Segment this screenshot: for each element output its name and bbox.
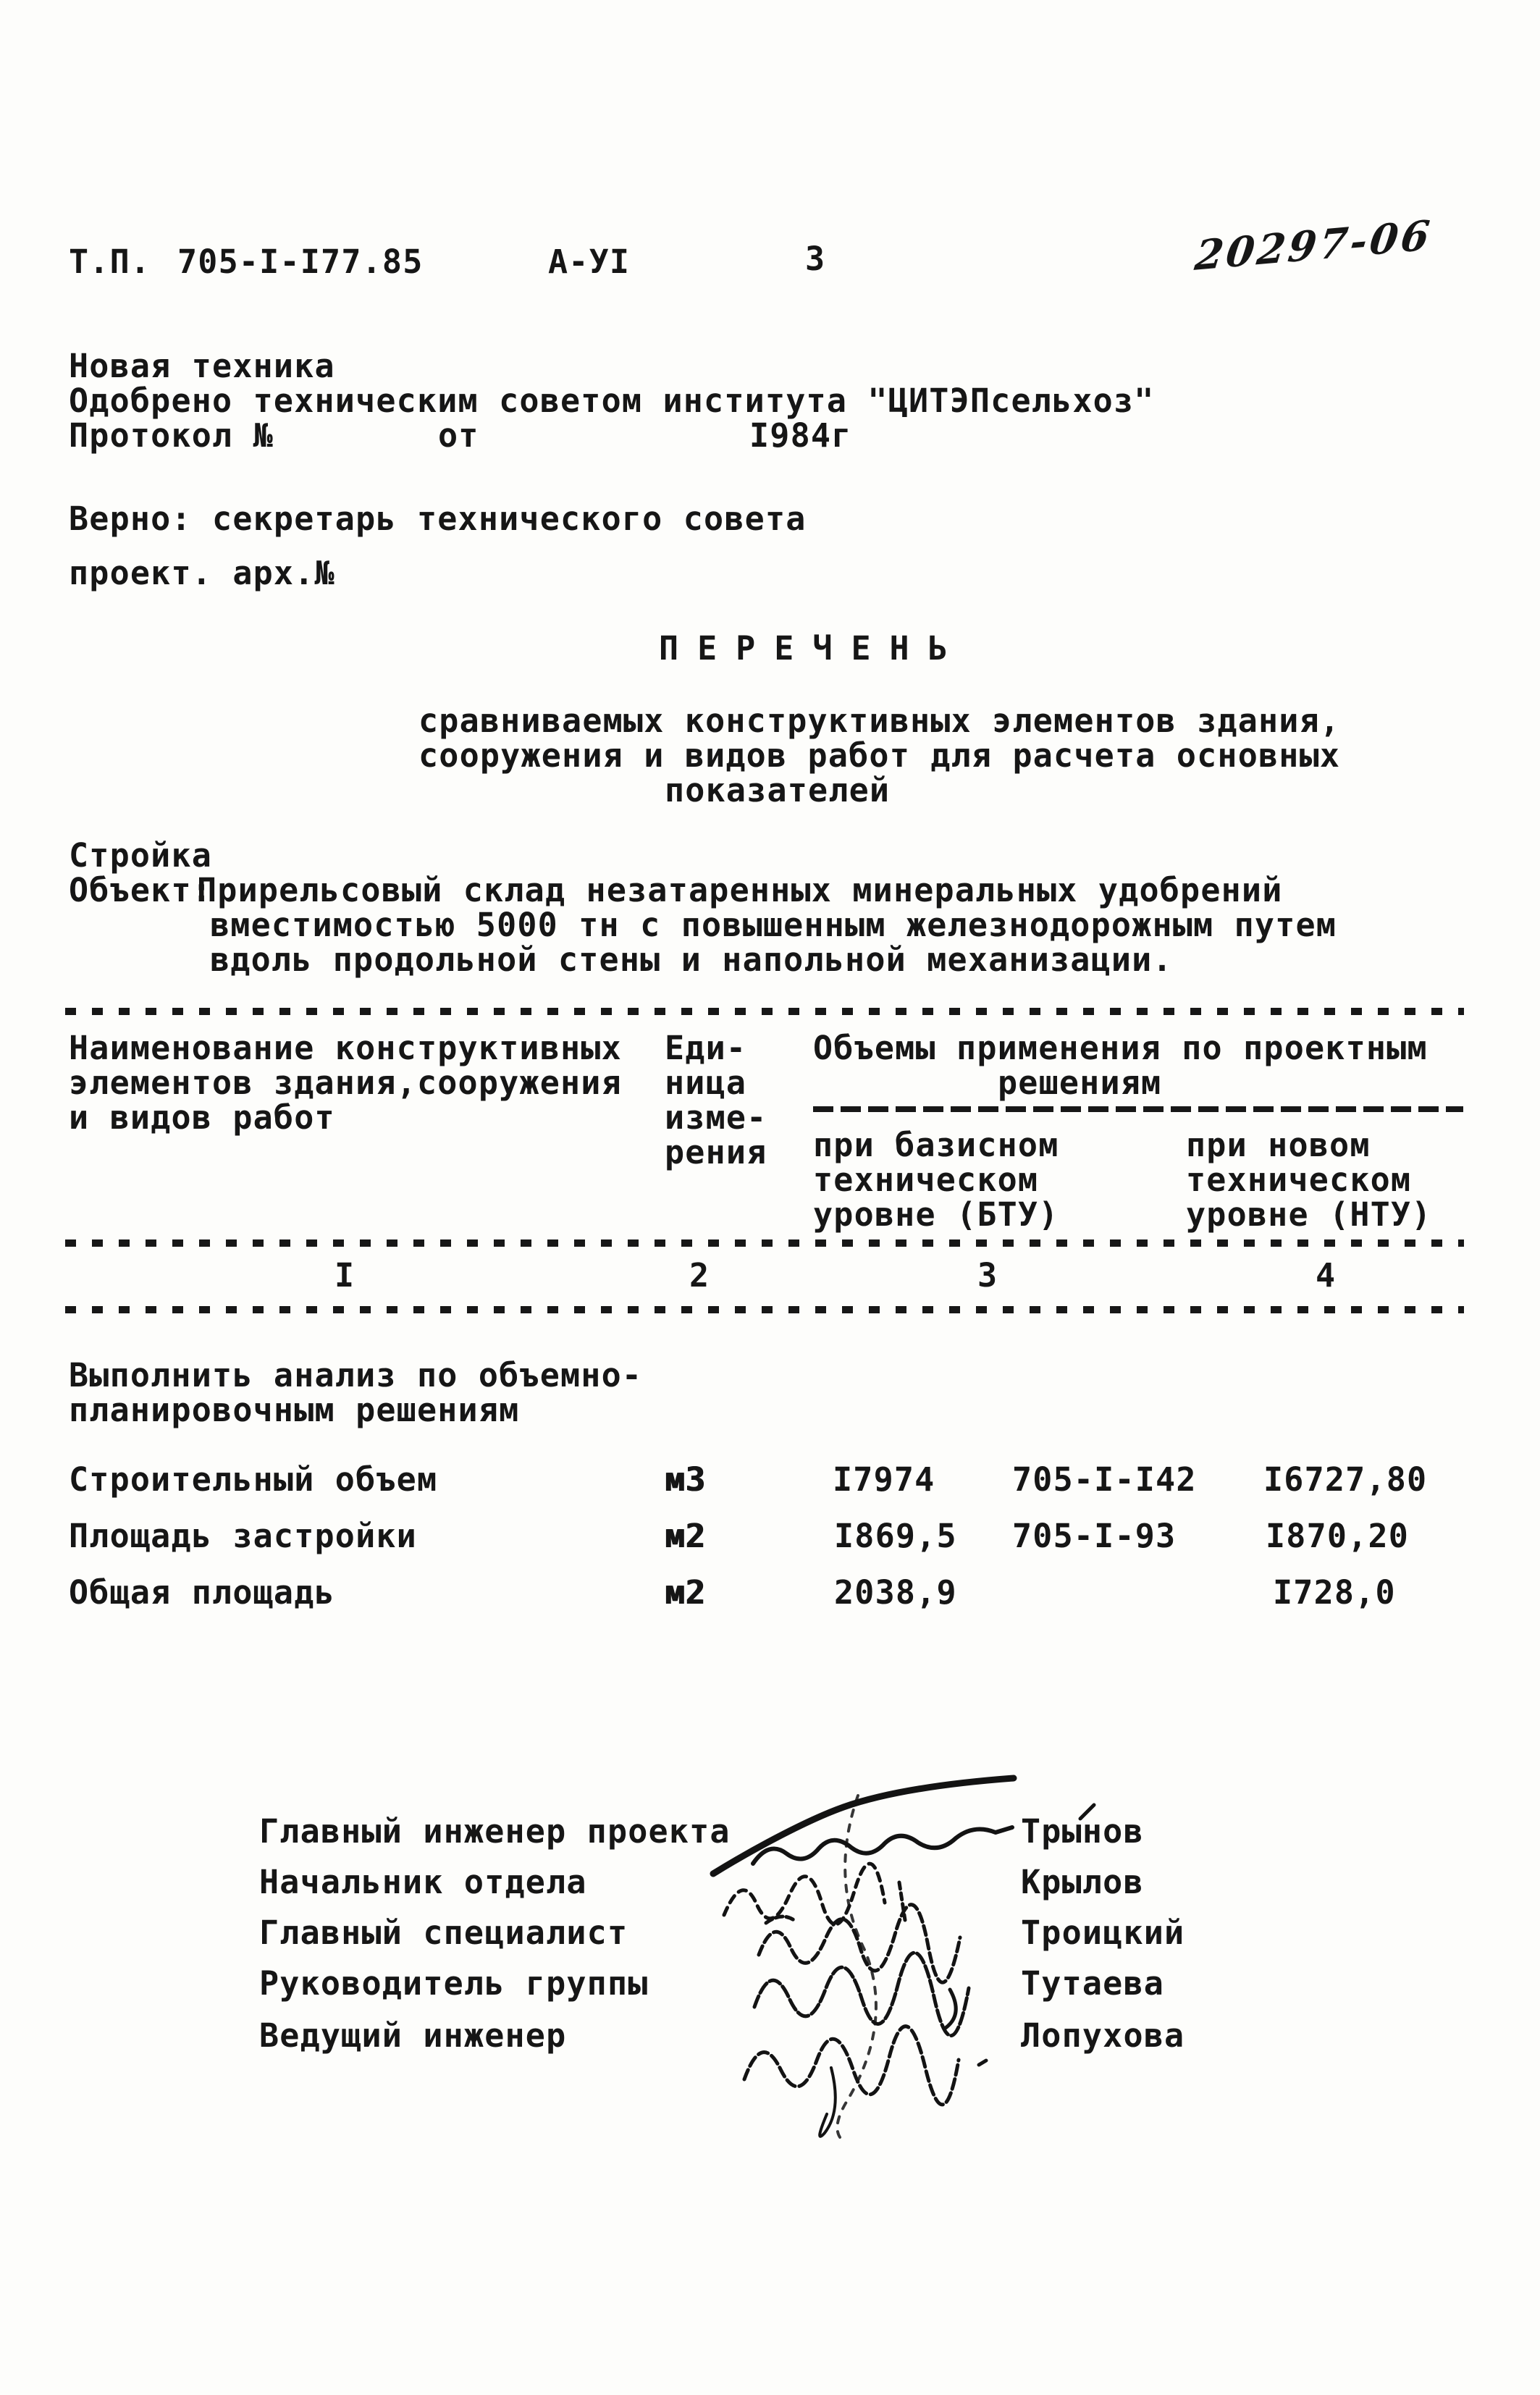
document-page: Т.П. 705-I-I77.85 А-УI 3 20297-06 Новая … <box>0 0 1540 2395</box>
handwritten-signatures <box>0 0 1540 2395</box>
